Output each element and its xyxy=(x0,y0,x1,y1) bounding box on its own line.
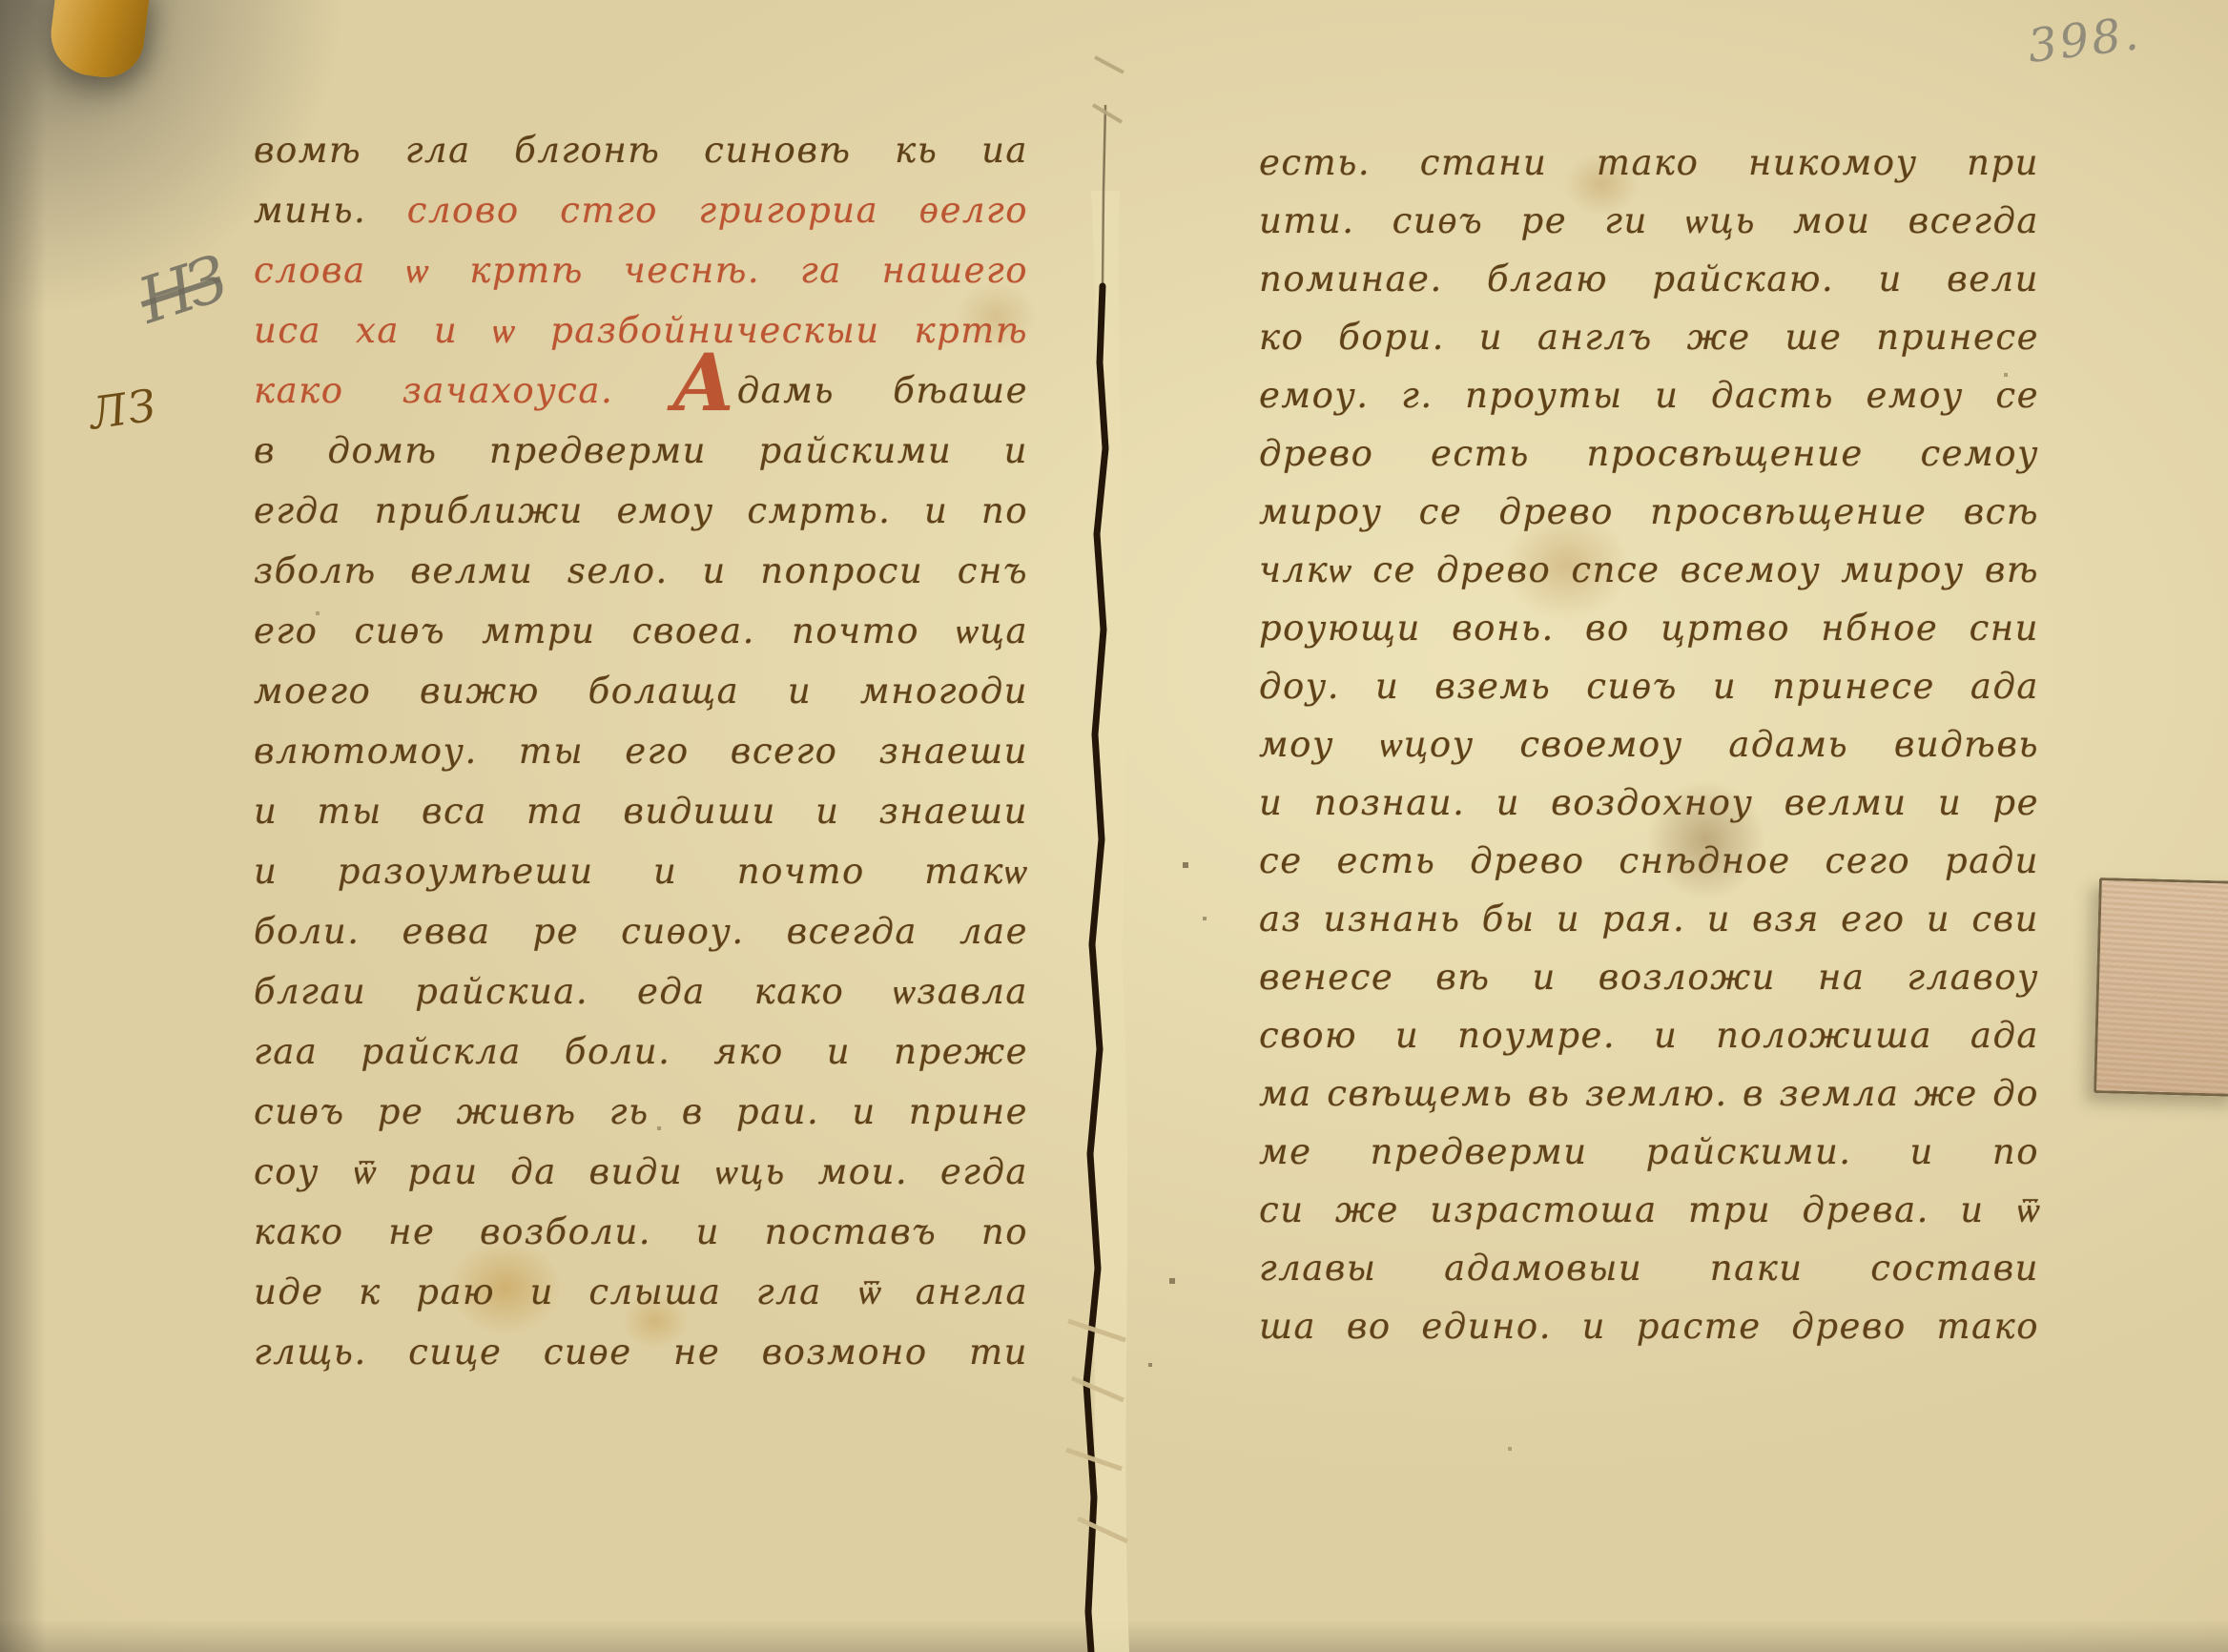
text-segment: иде к раю и слыша гла ѿ англа xyxy=(254,1271,1028,1312)
text-segment: си же израстоша три древа. и ѿ xyxy=(1259,1189,2039,1230)
manuscript-line: соу ѿ раи да види ѡць мои. егда xyxy=(254,1142,1028,1202)
text-segment: ити. сиѳъ ре ги ѡць мои всегда xyxy=(1259,200,2039,241)
manuscript-line: его сиѳъ мтри своеа. почто ѡца xyxy=(254,601,1028,661)
manuscript-line: венесе вѣ и возложи на главоу xyxy=(1259,948,2039,1006)
text-segment: соу ѿ раи да види ѡць мои. егда xyxy=(254,1151,1028,1192)
text-segment: и разоумѣеши и почто такѡ xyxy=(254,851,1028,892)
text-segment: егда приближи емоу смрть. и по xyxy=(254,490,1028,531)
ink-specks xyxy=(0,0,2,2)
binding-seam xyxy=(1011,0,1202,1652)
manuscript-line: влютомоу. ты его всего знаеши xyxy=(254,721,1028,781)
text-segment: ме предверми райскими. и по xyxy=(1259,1131,2039,1172)
manuscript-line: емоу. г. проуты и дасть емоу се xyxy=(1259,366,2039,424)
manuscript-scan: вомѣ гла блгонѣ синовѣ кь иаминь. слово … xyxy=(0,0,2228,1652)
text-segment: вомѣ гла блгонѣ синовѣ кь иа xyxy=(254,130,1028,171)
text-segment: венесе вѣ и возложи на главоу xyxy=(1259,957,2039,998)
illuminated-initial: А xyxy=(671,338,736,429)
manuscript-line: блгаи райскиа. еда како ѡзавла xyxy=(254,961,1028,1022)
text-segment: ша во едино. и расте древо тако xyxy=(1259,1306,2039,1347)
text-segment: главы адамовыи паки состави xyxy=(1259,1248,2039,1289)
manuscript-line: минь. слово стго григориа ѳелго xyxy=(254,180,1028,240)
manuscript-line: доу. и вземь сиѳъ и принесе ада xyxy=(1259,657,2039,715)
text-segment: како не возболи. и поставъ по xyxy=(254,1211,1028,1252)
text-segment: есть. стани тако никомоу при xyxy=(1259,142,2039,183)
text-segment: его сиѳъ мтри своеа. почто ѡца xyxy=(254,610,1028,651)
text-segment: мироу се древо просвѣщение всѣ xyxy=(1259,491,2039,532)
manuscript-line: мироу се древо просвѣщение всѣ xyxy=(1259,483,2039,541)
manuscript-line: и ты вса та видиши и знаеши xyxy=(254,781,1028,841)
text-segment: минь. xyxy=(254,190,407,231)
text-segment: в домѣ предверми райскими и xyxy=(254,430,1028,471)
stitch-thread xyxy=(1095,57,1124,72)
text-segment: и познаи. и воздохноу велми и ре xyxy=(1259,782,2039,823)
manuscript-line: како не возболи. и поставъ по xyxy=(254,1202,1028,1262)
text-segment: емоу. г. проуты и дасть емоу се xyxy=(1259,375,2039,416)
manuscript-line: вомѣ гла блгонѣ синовѣ кь иа xyxy=(254,120,1028,180)
manuscript-line: боли. евва ре сиѳоу. всегда лае xyxy=(254,901,1028,961)
text-segment: поминае. блгаю райскаю. и вели xyxy=(1259,258,2039,299)
text-segment: ма свѣщемь вь землю. в земла же до xyxy=(1259,1073,2039,1114)
manuscript-line: слова ѡ кртѣ чеснѣ. га нашего xyxy=(254,240,1028,300)
text-segment: влютомоу. ты его всего знаеши xyxy=(254,731,1028,772)
text-segment: роующи вонь. во цртво нбное сни xyxy=(1259,608,2039,649)
manuscript-line: иде к раю и слыша гла ѿ англа xyxy=(254,1262,1028,1322)
text-segment: члкѡ се древо спсе всемоу мироу вѣ xyxy=(1259,549,2039,590)
text-segment: дамь бѣаше xyxy=(737,370,1028,411)
text-segment: зболѣ велми ѕело. и попроси снъ xyxy=(254,550,1028,591)
text-segment: моего вижю болаща и многоди xyxy=(254,671,1028,712)
text-segment: моу ѡцоу своемоу адамь видѣвь xyxy=(1259,724,2039,765)
left-page-text: вомѣ гла блгонѣ синовѣ кь иаминь. слово … xyxy=(254,120,1028,1382)
text-segment: боли. евва ре сиѳоу. всегда лае xyxy=(254,911,1028,952)
text-segment: древо есть просвѣщение семоу xyxy=(1259,433,2039,474)
text-segment: аз изнань бы и рая. и взя его и сви xyxy=(1259,898,2039,940)
text-segment: ко бори. и англъ же ше принесе xyxy=(1259,317,2039,358)
text-segment: како зачахоуса. xyxy=(254,370,671,411)
manuscript-line: глщь. сице сиѳе не возмоно ти xyxy=(254,1322,1028,1382)
manuscript-line: и разоумѣеши и почто такѡ xyxy=(254,841,1028,901)
text-segment: блгаи райскиа. еда како ѡзавла xyxy=(254,971,1028,1012)
manuscript-line: моу ѡцоу своемоу адамь видѣвь xyxy=(1259,715,2039,774)
text-segment: слово стго григориа ѳелго xyxy=(407,190,1028,231)
manuscript-line: ма свѣщемь вь землю. в земла же до xyxy=(1259,1064,2039,1123)
right-page-text: есть. стани тако никомоу приити. сиѳъ ре… xyxy=(1259,134,2039,1355)
manuscript-line: егда приближи емоу смрть. и по xyxy=(254,481,1028,541)
manuscript-line: си же израстоша три древа. и ѿ xyxy=(1259,1181,2039,1239)
manuscript-line: свою и поумре. и положиша ада xyxy=(1259,1006,2039,1064)
manuscript-line: ша во едино. и расте древо тако xyxy=(1259,1297,2039,1355)
manuscript-line: се есть древо снѣдное сего ради xyxy=(1259,832,2039,890)
manuscript-line: гаа райскла боли. яко и преже xyxy=(254,1022,1028,1082)
manuscript-line: роующи вонь. во цртво нбное сни xyxy=(1259,599,2039,657)
manuscript-line: ме предверми райскими. и по xyxy=(1259,1123,2039,1181)
text-segment: глщь. сице сиѳе не возмоно ти xyxy=(254,1332,1028,1373)
manuscript-line: есть. стани тако никомоу при xyxy=(1259,134,2039,192)
manuscript-line: сиѳъ ре живѣ гь в раи. и прине xyxy=(254,1082,1028,1142)
manuscript-line: члкѡ се древо спсе всемоу мироу вѣ xyxy=(1259,541,2039,599)
wooden-tab xyxy=(2094,878,2228,1097)
manuscript-line: ити. сиѳъ ре ги ѡць мои всегда xyxy=(1259,192,2039,250)
text-segment: и ты вса та видиши и знаеши xyxy=(254,791,1028,832)
manuscript-line: моего вижю болаща и многоди xyxy=(254,661,1028,721)
text-segment: иса ха и ѡ разбойническыи кртѣ xyxy=(254,310,1028,351)
manuscript-line: древо есть просвѣщение семоу xyxy=(1259,424,2039,483)
text-segment: се есть древо снѣдное сего ради xyxy=(1259,840,2039,881)
manuscript-line: зболѣ велми ѕело. и попроси снъ xyxy=(254,541,1028,601)
folio-number: 398. xyxy=(2025,7,2144,73)
text-segment: сиѳъ ре живѣ гь в раи. и прине xyxy=(254,1091,1028,1132)
text-segment: свою и поумре. и положиша ада xyxy=(1259,1015,2039,1056)
manuscript-line: в домѣ предверми райскими и xyxy=(254,421,1028,481)
manuscript-line: иса ха и ѡ разбойническыи кртѣ xyxy=(254,300,1028,361)
quire-mark: ЛЗ xyxy=(87,379,161,439)
text-segment: гаа райскла боли. яко и преже xyxy=(254,1031,1028,1072)
manuscript-line: ко бори. и англъ же ше принесе xyxy=(1259,308,2039,366)
text-segment: слова ѡ кртѣ чеснѣ. га нашего xyxy=(254,250,1028,291)
manuscript-line: аз изнань бы и рая. и взя его и сви xyxy=(1259,890,2039,948)
manuscript-line: како зачахоуса. Адамь бѣаше xyxy=(254,361,1028,421)
manuscript-line: главы адамовыи паки состави xyxy=(1259,1239,2039,1297)
manuscript-line: поминае. блгаю райскаю. и вели xyxy=(1259,250,2039,308)
text-segment: доу. и вземь сиѳъ и принесе ада xyxy=(1259,666,2039,707)
manuscript-line: и познаи. и воздохноу велми и ре xyxy=(1259,774,2039,832)
stitch-thread xyxy=(1093,105,1122,122)
